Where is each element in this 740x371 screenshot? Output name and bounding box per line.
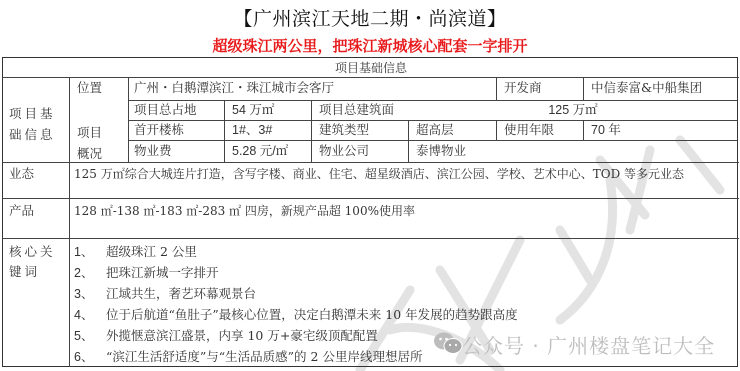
term-value: 70 年	[591, 122, 621, 138]
keywords-label: 核心关键词	[9, 242, 67, 282]
business-value: 125 万㎡综合大城连片打造，含写字楼、商业、住宅、超星级酒店、滨江公园、学校、…	[74, 166, 684, 182]
location-value: 广州・白鹅潭滨江・珠江城市会客厅	[134, 80, 334, 96]
first-buildings-value: 1#、3#	[232, 122, 272, 138]
developer-value: 中信泰富&中船集团	[591, 80, 702, 96]
building-type-value: 超高层	[416, 122, 454, 138]
keyword-item: 2、把珠江新城一字排开	[74, 263, 219, 281]
business-label: 业态	[9, 166, 34, 182]
first-buildings-label: 首开楼栋	[134, 122, 184, 138]
building-type-label: 建筑类型	[319, 122, 369, 138]
term-label: 使用年限	[504, 122, 554, 138]
keyword-item: 1、超级珠江 2 公里	[74, 242, 197, 260]
section-title: 项目基础信息	[3, 59, 739, 76]
document-subtitle: 超级珠江两公里，把珠江新城核心配套一字排开	[0, 35, 740, 56]
mgmt-fee-label: 物业费	[134, 143, 172, 159]
land-area-label: 项目总占地	[134, 102, 197, 118]
document-title: 【广州滨江天地二期・尚滨道】	[0, 4, 740, 31]
gfa-value: 125 万㎡	[408, 102, 738, 118]
wechat-icon	[433, 331, 463, 355]
overview-label: 项目概况	[77, 122, 113, 164]
mgmt-company-value: 泰博物业	[416, 143, 466, 159]
location-label: 位置	[77, 80, 102, 96]
developer-label: 开发商	[504, 80, 542, 96]
mgmt-fee-value: 5.28 元/㎡	[232, 143, 288, 159]
watermark-text: 公众号 · 广州楼盘笔记大全	[462, 330, 715, 359]
keyword-item: 5、外揽惬意滨江盛景，内享 10 万+豪宅级顶配配置	[74, 326, 378, 344]
basic-info-group-label: 项目基础信息	[9, 103, 65, 145]
land-area-value: 54 万㎡	[232, 102, 274, 118]
keyword-item: 6、“滨江生活舒适度”与“生活品质感”的 2 公里岸线理想居所	[74, 347, 422, 365]
mgmt-company-label: 物业公司	[319, 143, 369, 159]
gfa-label: 项目总建筑面	[319, 102, 394, 118]
keyword-item: 4、位于后航道“鱼肚子”最核心位置，决定白鹅潭未来 10 年发展的趋势跟高度	[74, 305, 518, 323]
product-label: 产品	[9, 203, 34, 219]
project-info-table: 项目基础信息 项目基础信息 位置 广州・白鹅潭滨江・珠江城市会客厅 开发商 中信…	[2, 57, 738, 367]
product-value: 128 ㎡-138 ㎡-183 ㎡-283 ㎡ 四房，新规产品超 100%使用率	[74, 203, 415, 219]
keyword-item: 3、江域共生，奢艺环幕观景台	[74, 284, 256, 302]
